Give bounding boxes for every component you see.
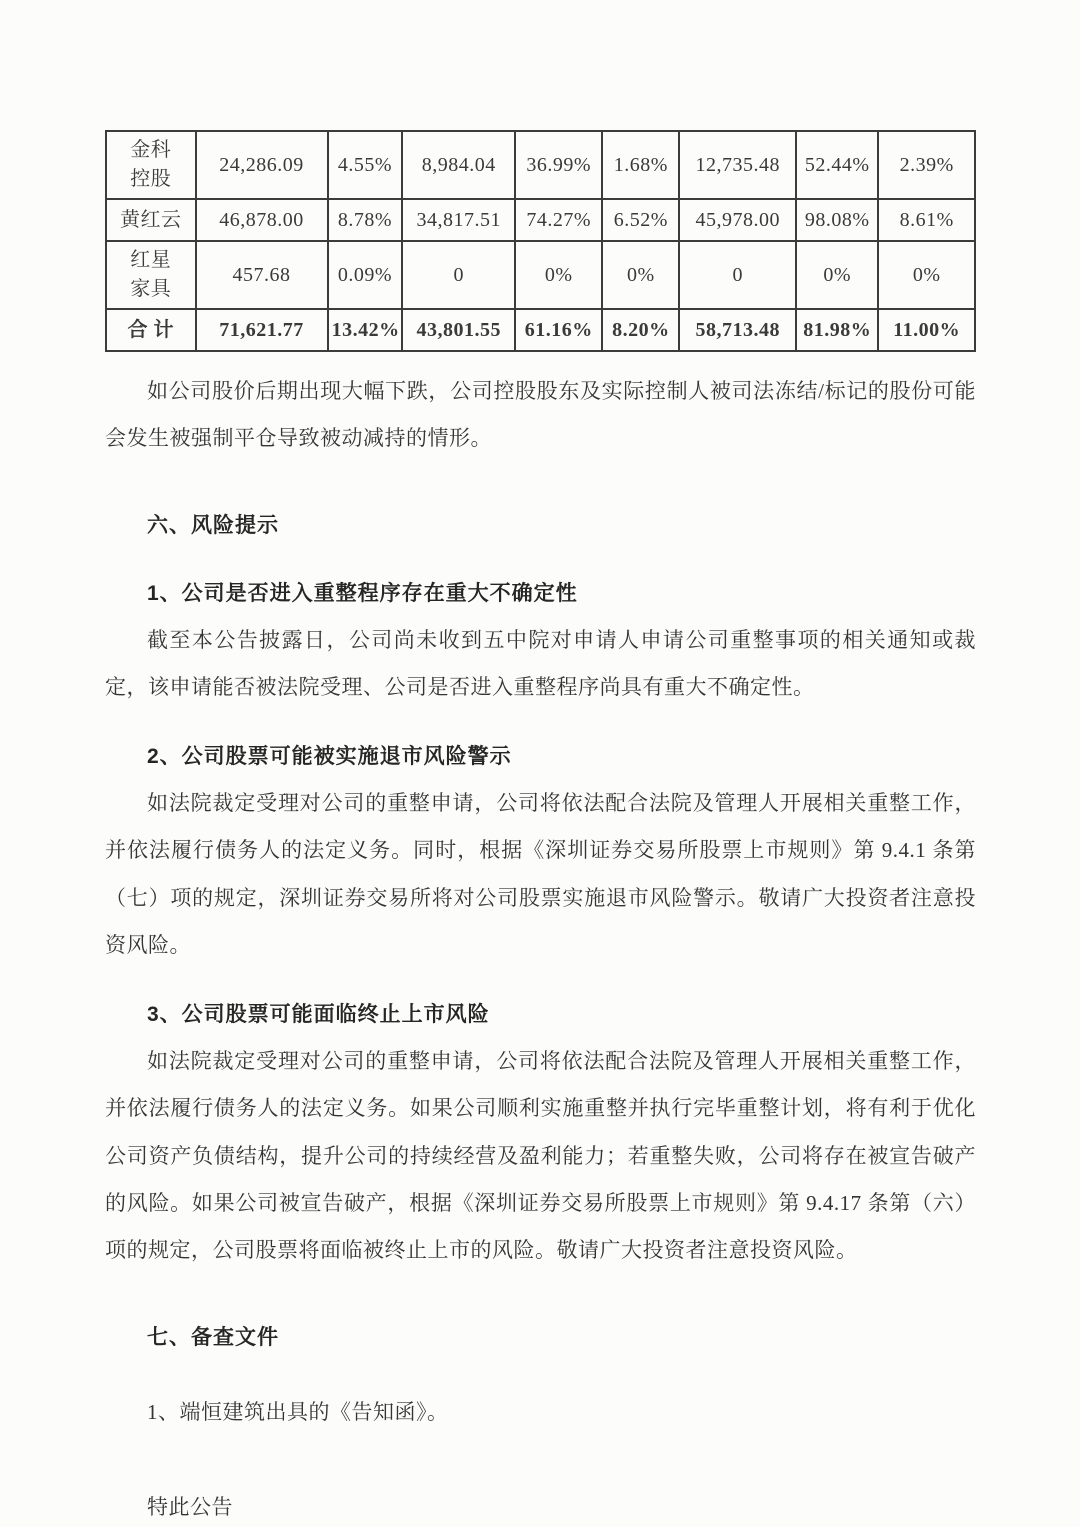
table-cell: 58,713.48 — [679, 309, 795, 351]
reference-document-item: 1、端恒建筑出具的《告知函》。 — [105, 1389, 976, 1436]
table-cell: 红星 家具 — [106, 241, 196, 309]
table-cell: 43,801.55 — [402, 309, 515, 351]
paragraph-termination-risk: 如法院裁定受理对公司的重整申请，公司将依法配合法院及管理人开展相关重整工作，并依… — [105, 1038, 976, 1275]
table-row: 合 计71,621.7713.42%43,801.5561.16%8.20%58… — [106, 309, 975, 351]
table-cell: 1.68% — [602, 131, 679, 199]
paragraph-forced-liquidation-risk: 如公司股价后期出现大幅下跌，公司控股股东及实际控制人被司法冻结/标记的股份可能会… — [105, 368, 976, 463]
table-cell: 4.55% — [328, 131, 403, 199]
paragraph-delisting-risk-warning: 如法院裁定受理对公司的重整申请，公司将依法配合法院及管理人开展相关重整工作，并依… — [105, 780, 976, 970]
table-row: 红星 家具457.680.09%00%0%00%0% — [106, 241, 975, 309]
table-cell: 黄红云 — [106, 199, 196, 241]
table-cell: 45,978.00 — [679, 199, 795, 241]
table-cell: 2.39% — [878, 131, 975, 199]
table-cell: 98.08% — [796, 199, 879, 241]
table-cell: 8,984.04 — [402, 131, 515, 199]
table-cell: 81.98% — [796, 309, 879, 351]
section-heading-reference-documents: 七、备查文件 — [105, 1321, 976, 1351]
table-cell: 11.00% — [878, 309, 975, 351]
table-cell: 6.52% — [602, 199, 679, 241]
table-cell: 457.68 — [196, 241, 328, 309]
table-cell: 71,621.77 — [196, 309, 328, 351]
table-cell: 0% — [515, 241, 602, 309]
table-row: 黄红云46,878.008.78%34,817.5174.27%6.52%45,… — [106, 199, 975, 241]
table-cell: 61.16% — [515, 309, 602, 351]
table-cell: 0% — [602, 241, 679, 309]
table-cell: 0 — [402, 241, 515, 309]
subheading-restructuring-uncertainty: 1、公司是否进入重整程序存在重大不确定性 — [105, 577, 976, 607]
shareholding-table: 金科 控股24,286.094.55%8,984.0436.99%1.68%12… — [105, 130, 976, 352]
table-cell: 8.61% — [878, 199, 975, 241]
announcement-page: 金科 控股24,286.094.55%8,984.0436.99%1.68%12… — [0, 0, 1080, 1527]
table-cell: 36.99% — [515, 131, 602, 199]
subheading-delisting-risk-warning: 2、公司股票可能被实施退市风险警示 — [105, 740, 976, 770]
table-cell: 12,735.48 — [679, 131, 795, 199]
table-cell: 52.44% — [796, 131, 879, 199]
section-heading-risk-warning: 六、风险提示 — [105, 509, 976, 539]
subheading-termination-risk: 3、公司股票可能面临终止上市风险 — [105, 998, 976, 1028]
paragraph-restructuring-uncertainty: 截至本公告披露日，公司尚未收到五中院对申请人申请公司重整事项的相关通知或裁定，该… — [105, 617, 976, 712]
table-cell: 0% — [878, 241, 975, 309]
table-cell: 8.78% — [328, 199, 403, 241]
table-cell: 74.27% — [515, 199, 602, 241]
table-cell: 0 — [679, 241, 795, 309]
table-cell: 13.42% — [328, 309, 403, 351]
table-cell: 合 计 — [106, 309, 196, 351]
table-cell: 8.20% — [602, 309, 679, 351]
table-cell: 0% — [796, 241, 879, 309]
table-cell: 0.09% — [328, 241, 403, 309]
table-cell: 金科 控股 — [106, 131, 196, 199]
table-row: 金科 控股24,286.094.55%8,984.0436.99%1.68%12… — [106, 131, 975, 199]
closing-statement: 特此公告 — [105, 1484, 976, 1527]
shareholding-table-body: 金科 控股24,286.094.55%8,984.0436.99%1.68%12… — [106, 131, 975, 351]
table-cell: 46,878.00 — [196, 199, 328, 241]
table-cell: 24,286.09 — [196, 131, 328, 199]
table-cell: 34,817.51 — [402, 199, 515, 241]
